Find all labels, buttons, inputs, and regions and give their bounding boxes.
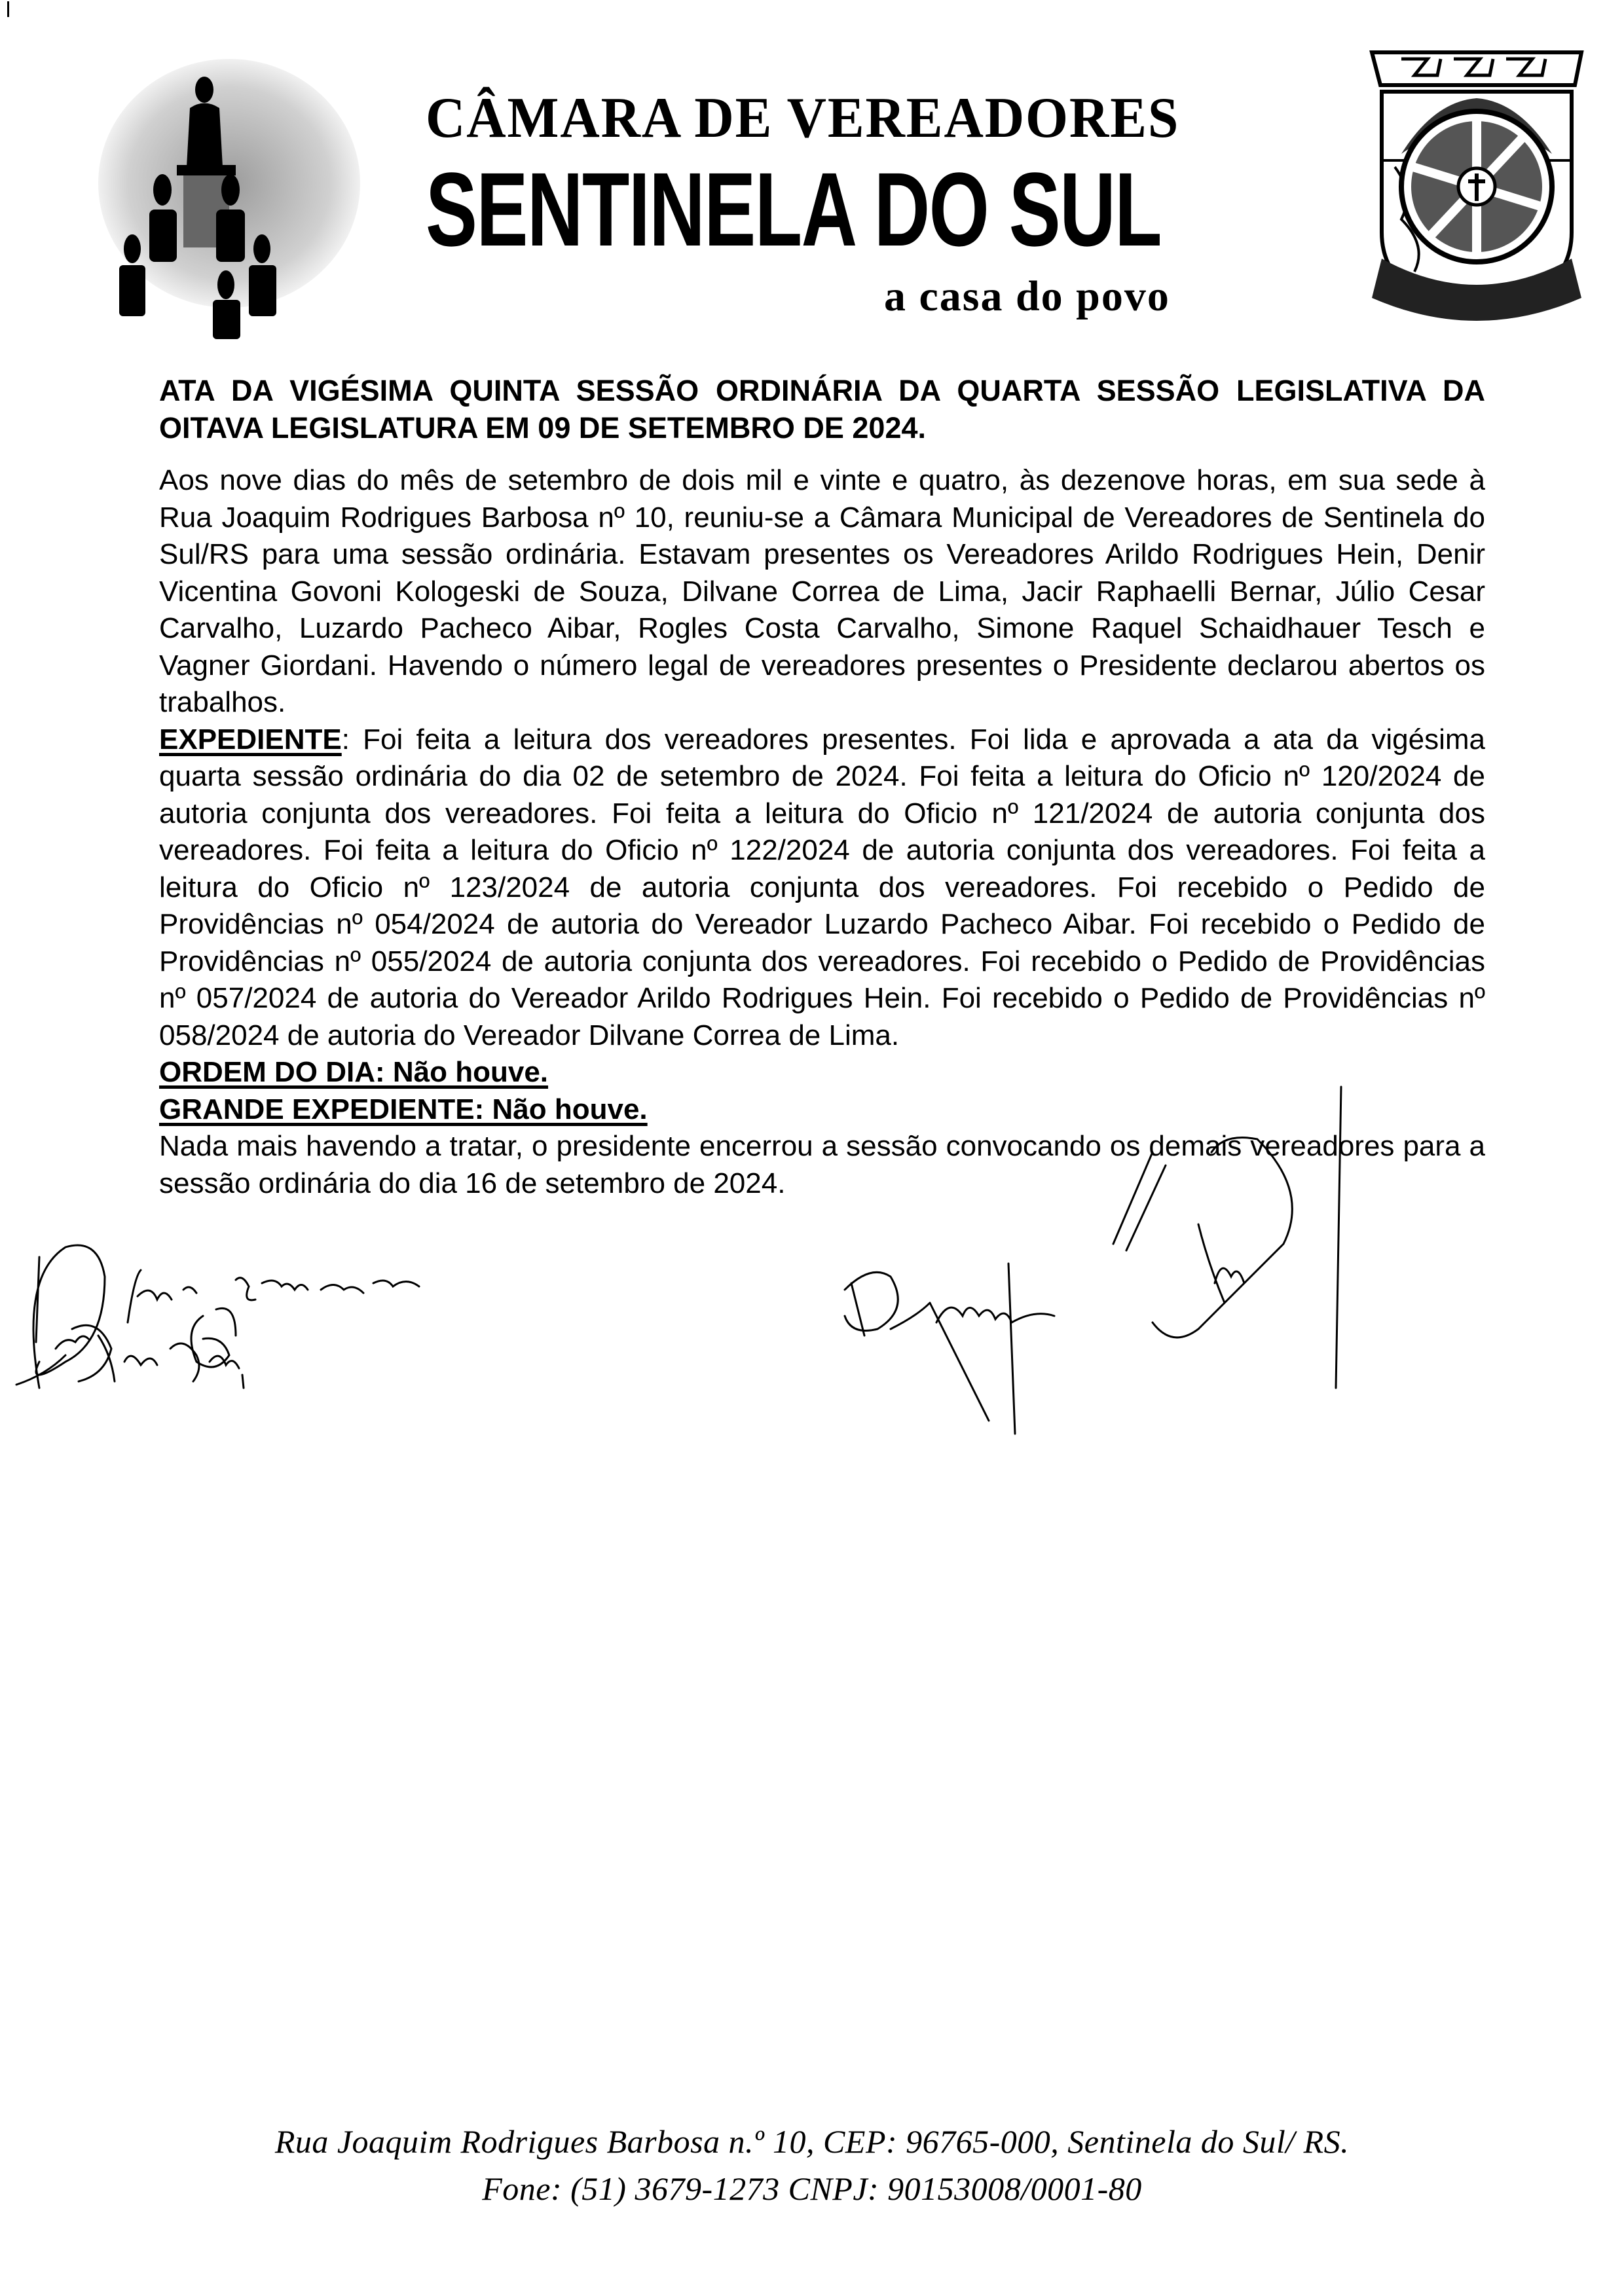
header-title-camara: CÂMARA DE VEREADORES [426,85,1179,151]
ordem-do-dia: ORDEM DO DIA: Não houve. [159,1054,1485,1091]
signature-7 [1198,1224,1244,1303]
header-title-sentinela: SENTINELA DO SUL [426,157,1161,262]
signature-4 [191,1308,236,1367]
signature-6 [1008,1264,1015,1434]
header-slogan: a casa do povo [884,272,1170,321]
minutes-document: ATA DA VIGÉSIMA QUINTA SESSÃO ORDINÁRIA … [159,372,1485,1202]
document-title: ATA DA VIGÉSIMA QUINTA SESSÃO ORDINÁRIA … [159,372,1485,446]
footer-address: Rua Joaquim Rodrigues Barbosa n.º 10, CE… [0,2118,1624,2165]
footer-contact: Fone: (51) 3679-1273 CNPJ: 90153008/0001… [0,2165,1624,2212]
grande-expediente-heading: GRANDE EXPEDIENTE: Não houve. [159,1093,648,1125]
grande-expediente: GRANDE EXPEDIENTE: Não houve. [159,1091,1485,1129]
expediente-text: : Foi feita a leitura dos vereadores pre… [159,723,1485,1051]
scan-artifact [7,1,9,17]
signature-1 [33,1245,105,1388]
signature-5 [845,1272,1054,1421]
chamber-logo [85,52,413,340]
expediente-paragraph: EXPEDIENTE: Foi feita a leitura dos vere… [159,721,1485,1055]
municipal-coat-of-arms [1356,36,1598,337]
opening-paragraph: Aos nove dias do mês de setembro de dois… [159,462,1485,721]
signature-2 [128,1270,419,1322]
page-footer: Rua Joaquim Rodrigues Barbosa n.º 10, CE… [0,2118,1624,2212]
signature-3 [72,1325,244,1388]
closing-paragraph: Nada mais havendo a tratar, o presidente… [159,1128,1485,1202]
ordem-do-dia-heading: ORDEM DO DIA: Não houve. [159,1056,548,1088]
expediente-heading: EXPEDIENTE [159,723,342,756]
